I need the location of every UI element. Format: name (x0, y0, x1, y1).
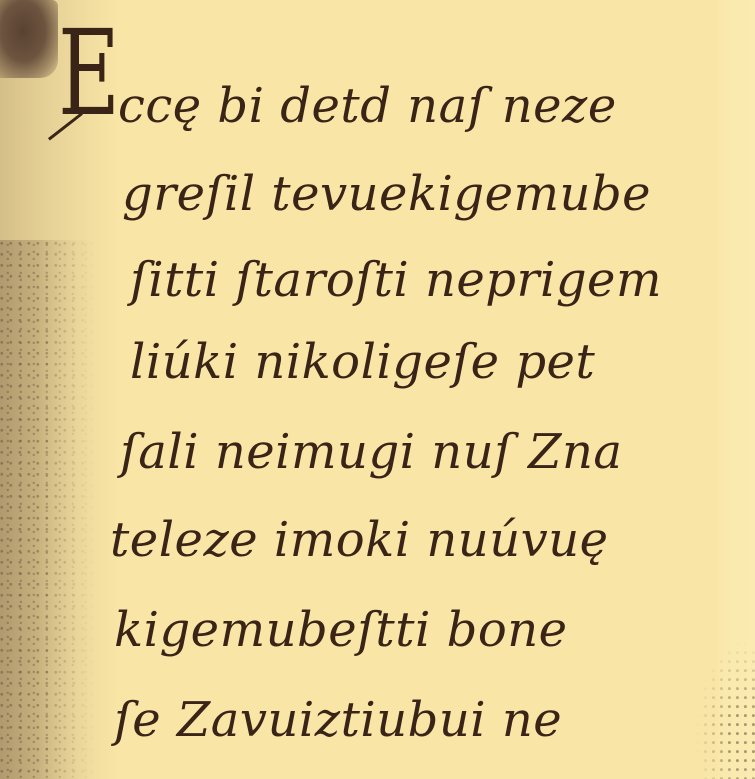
text-line: kigemubeſtti bone (114, 606, 568, 654)
illuminated-initial: E (58, 14, 120, 132)
left-margin-speckle (0, 240, 95, 779)
text-line: ſitti ſtaroſti neprigem (130, 256, 662, 304)
text-line: greſil tevuekigemube (122, 170, 651, 218)
text-line: ccę bi detd naſ neze (118, 82, 617, 130)
right-margin-speckle (695, 640, 755, 779)
text-line: ſali neimugi nuſ Zna (120, 428, 623, 476)
ink-stain (0, 0, 58, 78)
text-line: teleze imoki nuúvuę (110, 516, 609, 564)
text-line: liúki nikoligeſe pet (130, 338, 595, 386)
manuscript-page: E ccę bi detd naſ neze greſil tevuekigem… (0, 0, 755, 779)
text-line: ſe Zavuiztiubui ne (114, 696, 562, 744)
